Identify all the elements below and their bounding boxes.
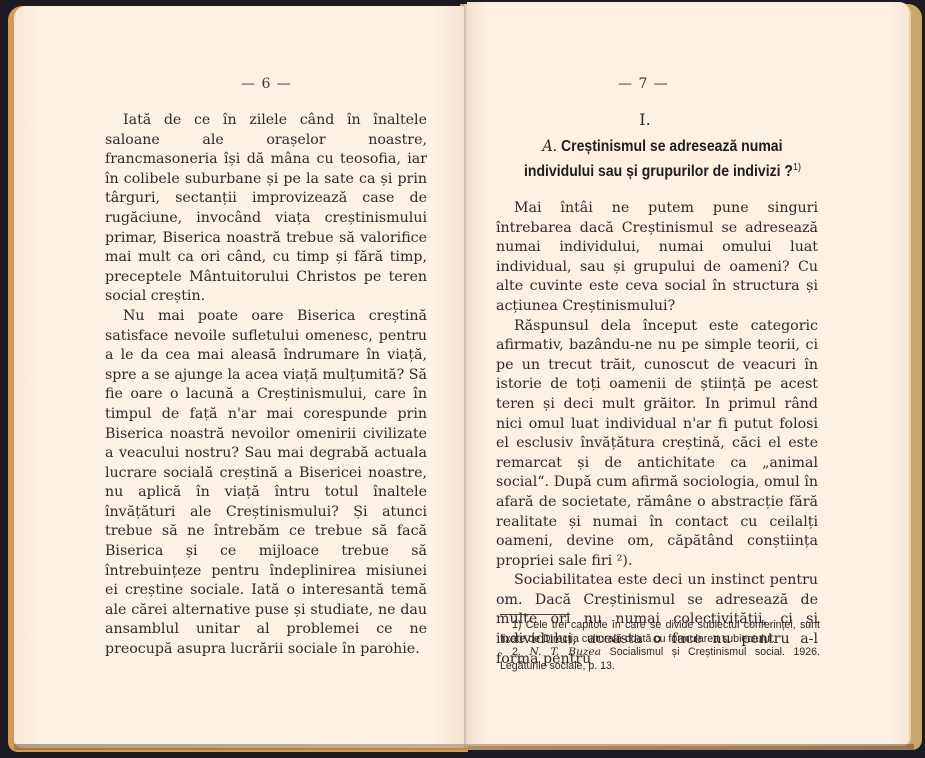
left-paragraph-1: Iată de ce în zilele când în înaltele sa… [105, 111, 427, 307]
footnotes: 1) Cele trei capitole în care se divide … [500, 619, 820, 673]
chapter-numeral: I. [630, 110, 660, 129]
right-paragraph-2: Răspunsul dela început este categoric af… [496, 317, 818, 572]
section-letter: A. [542, 137, 557, 155]
footnote-2-number: 2. [512, 646, 521, 658]
left-page-number: — 6 — [241, 76, 292, 92]
right-paragraph-1: Mai întâi ne putem pune singuri întrebar… [496, 199, 818, 317]
footnote-divider [500, 614, 570, 615]
footnote-ref: 1) [793, 162, 801, 173]
right-page-number: — 7 — [618, 76, 669, 92]
footnote-1: 1) Cele trei capitole în care se divide … [500, 619, 820, 646]
section-heading-text: Creștinismul se adresează numai individu… [524, 138, 793, 180]
section-heading: A. Creștinismul se adresează numai indiv… [521, 136, 805, 182]
footnote-2-author: N. T. Buzea [529, 646, 601, 658]
right-page-body: Mai întâi ne putem pune singuri întrebar… [496, 199, 818, 669]
page-bottom-edge [14, 744, 914, 750]
footnote-2: 2. N. T. Buzea Socialismul și Creștinism… [500, 646, 820, 673]
book-gutter [464, 4, 467, 748]
left-page-body: Iată de ce în zilele când în înaltele sa… [105, 111, 427, 660]
left-paragraph-2: Nu mai poate oare Biserica creștină sati… [105, 307, 427, 660]
